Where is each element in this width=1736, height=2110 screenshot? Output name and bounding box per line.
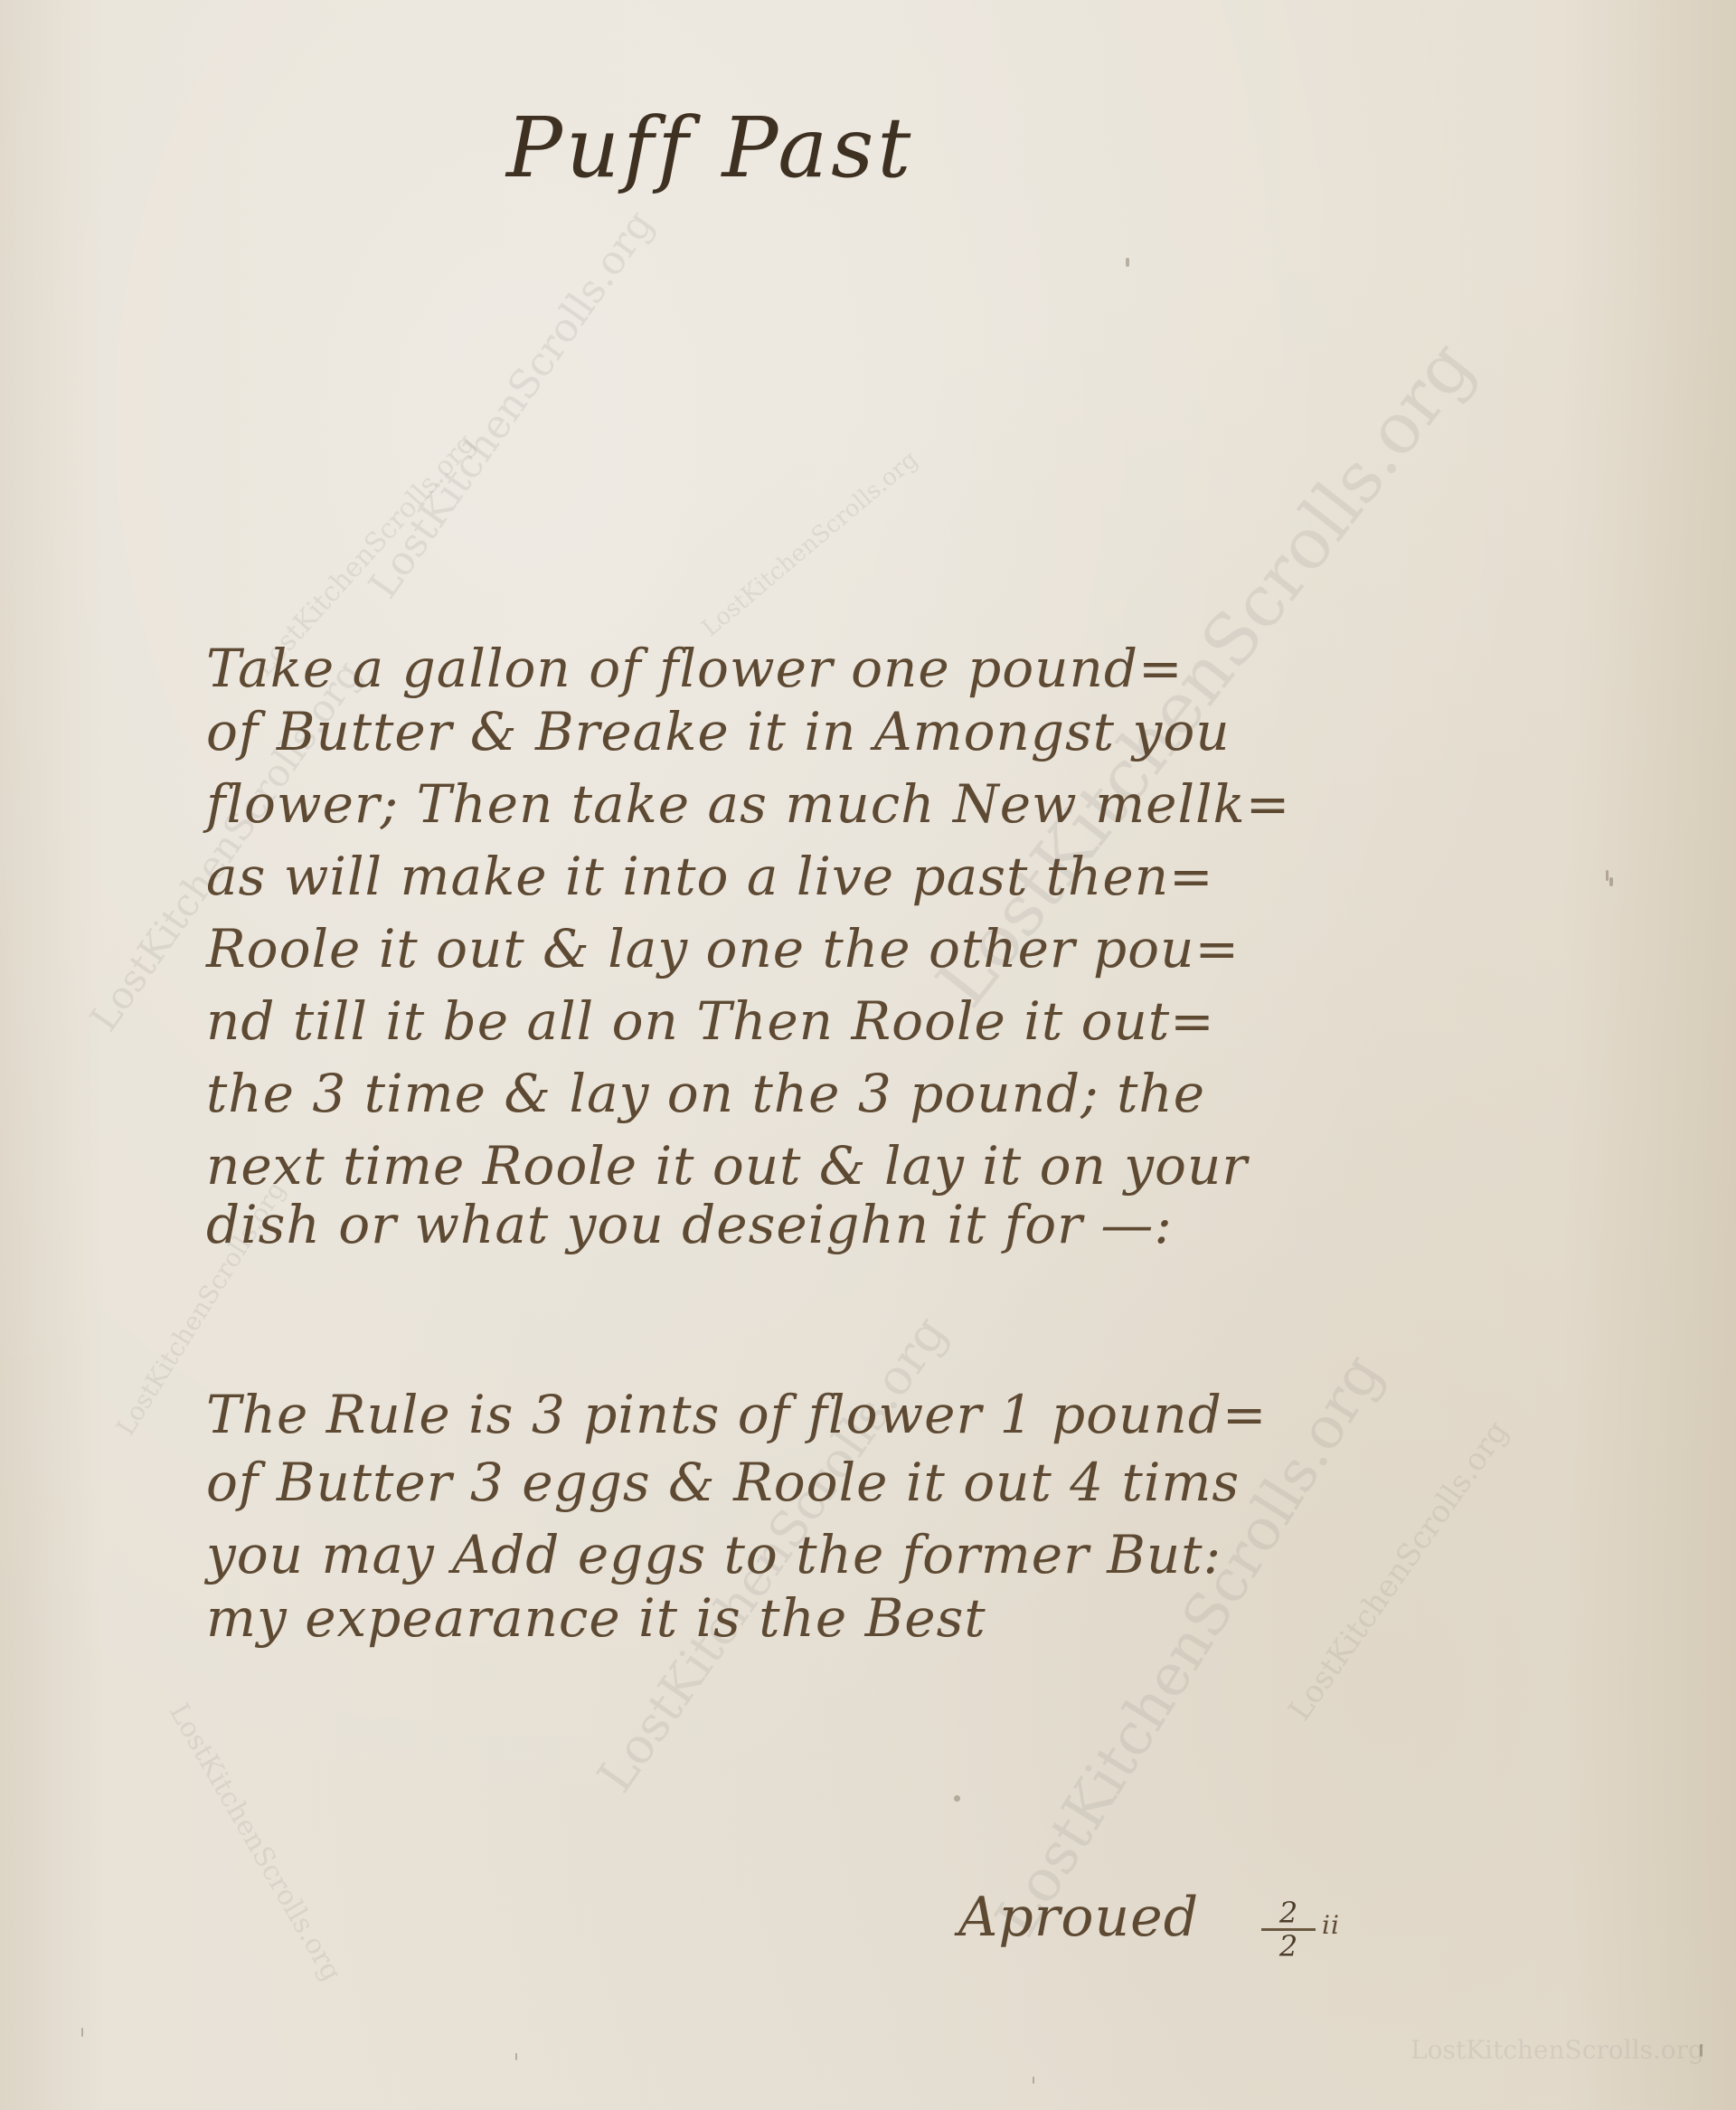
text-line: flower; Then take as much New mellk= xyxy=(206,773,1290,835)
watermark: LostKitchenScrolls.org xyxy=(1281,1415,1515,1727)
page-title: Puff Past xyxy=(506,99,914,196)
text-line: dish or what you deseighn it for —: xyxy=(206,1194,1173,1255)
watermark: LostKitchenScrolls.org xyxy=(163,1698,347,1987)
watermark: LostKitchenScrolls.org xyxy=(1410,2035,1704,2065)
text-line: next time Roole it out & lay it on your xyxy=(206,1135,1248,1197)
text-line: as will make it into a live past then= xyxy=(206,846,1214,907)
text-line: my expearance it is the Best xyxy=(206,1587,986,1649)
approval-mark-suffix: ii xyxy=(1322,1910,1340,1940)
watermark: LostKitchenScrolls.org xyxy=(360,202,663,607)
approval-mark-bottom: 2 xyxy=(1279,1929,1297,1963)
text-line: the 3 time & lay on the 3 pound; the xyxy=(206,1063,1205,1124)
text-line: nd till it be all on Then Roole it out= xyxy=(206,990,1215,1052)
approval-mark-top: 2 xyxy=(1279,1896,1297,1930)
manuscript-page: LostKitchenScrolls.org LostKitchenScroll… xyxy=(0,0,1736,2110)
watermark: LostKitchenScrolls.org xyxy=(697,446,923,642)
text-line: you may Add eggs to the former But: xyxy=(206,1524,1222,1585)
text-line: of Butter & Breake it in Amongst you xyxy=(206,701,1231,762)
text-line: Take a gallon of flower one pound= xyxy=(206,638,1184,699)
approval-signature: Aproued xyxy=(958,1886,1199,1949)
text-line: The Rule is 3 pints of flower 1 pound= xyxy=(206,1384,1267,1445)
text-line: Roole it out & lay one the other pou= xyxy=(206,918,1240,979)
approval-mark: 2 2 xyxy=(1261,1899,1316,1960)
text-line: of Butter 3 eggs & Roole it out 4 tims xyxy=(206,1452,1240,1513)
